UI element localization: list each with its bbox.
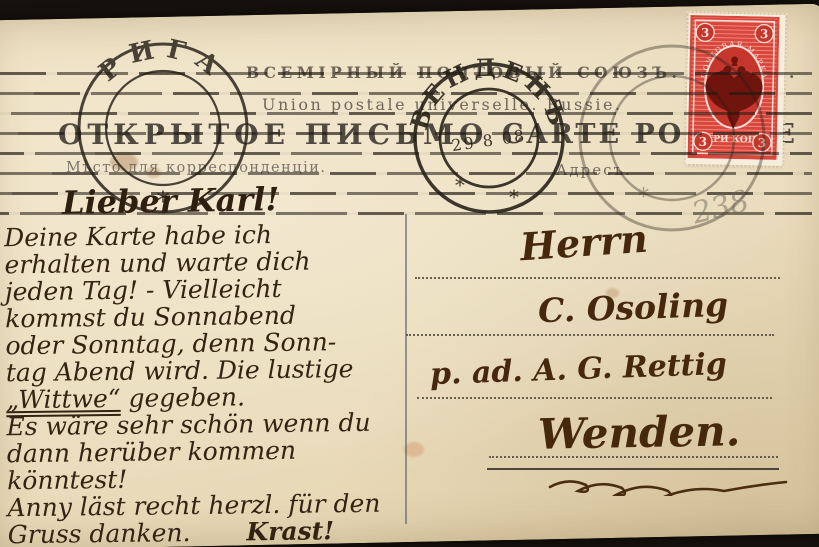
address-name: C. Osoling: [537, 285, 728, 331]
postmark-wenden: ВЕНДЕНЪ 29 8 08 * *: [409, 58, 569, 218]
address-recipient-title: Herrn: [519, 216, 650, 270]
postmark-date: 29 8 08: [450, 126, 527, 155]
postmark-star-icon: *: [638, 185, 649, 210]
address-line-solid: [487, 468, 779, 470]
postmark-star-icon: *: [509, 185, 519, 209]
message-salutation: Lieber Karl!: [62, 180, 280, 222]
underlined-word: „Wittwe“: [6, 384, 121, 414]
postmark-star-icon: *: [455, 173, 465, 197]
postcard-scan: ВСЕМІРНЫЙ ПОЧТОВЫЙ СОЮЗЪ. РОССІЯ. Union …: [0, 0, 819, 547]
message-line: tag Abend wird. Die lustige: [6, 355, 379, 387]
postmark-town: РИГА: [94, 38, 233, 88]
message-closing-line: Gruss danken.Krast!: [8, 517, 381, 547]
message-closing: Gruss danken.: [8, 518, 191, 547]
message-signature: Krast!: [246, 516, 334, 546]
flourish-underline: [548, 474, 788, 496]
message-line: Es wäre sehr schön wenn du: [6, 409, 379, 441]
address-line-dotted: [406, 334, 774, 336]
message-line-rest: gegeben.: [120, 382, 245, 413]
postmark-town: ВЕНДЕНЪ: [409, 58, 569, 133]
address-town: Wenden.: [538, 406, 741, 459]
address-line-dotted: [415, 277, 780, 279]
message-body: Deine Karte habe ich erhalten und warte …: [4, 220, 381, 547]
stain: [404, 442, 424, 457]
divider-line: [405, 214, 407, 524]
address-line-dotted: [417, 397, 772, 399]
